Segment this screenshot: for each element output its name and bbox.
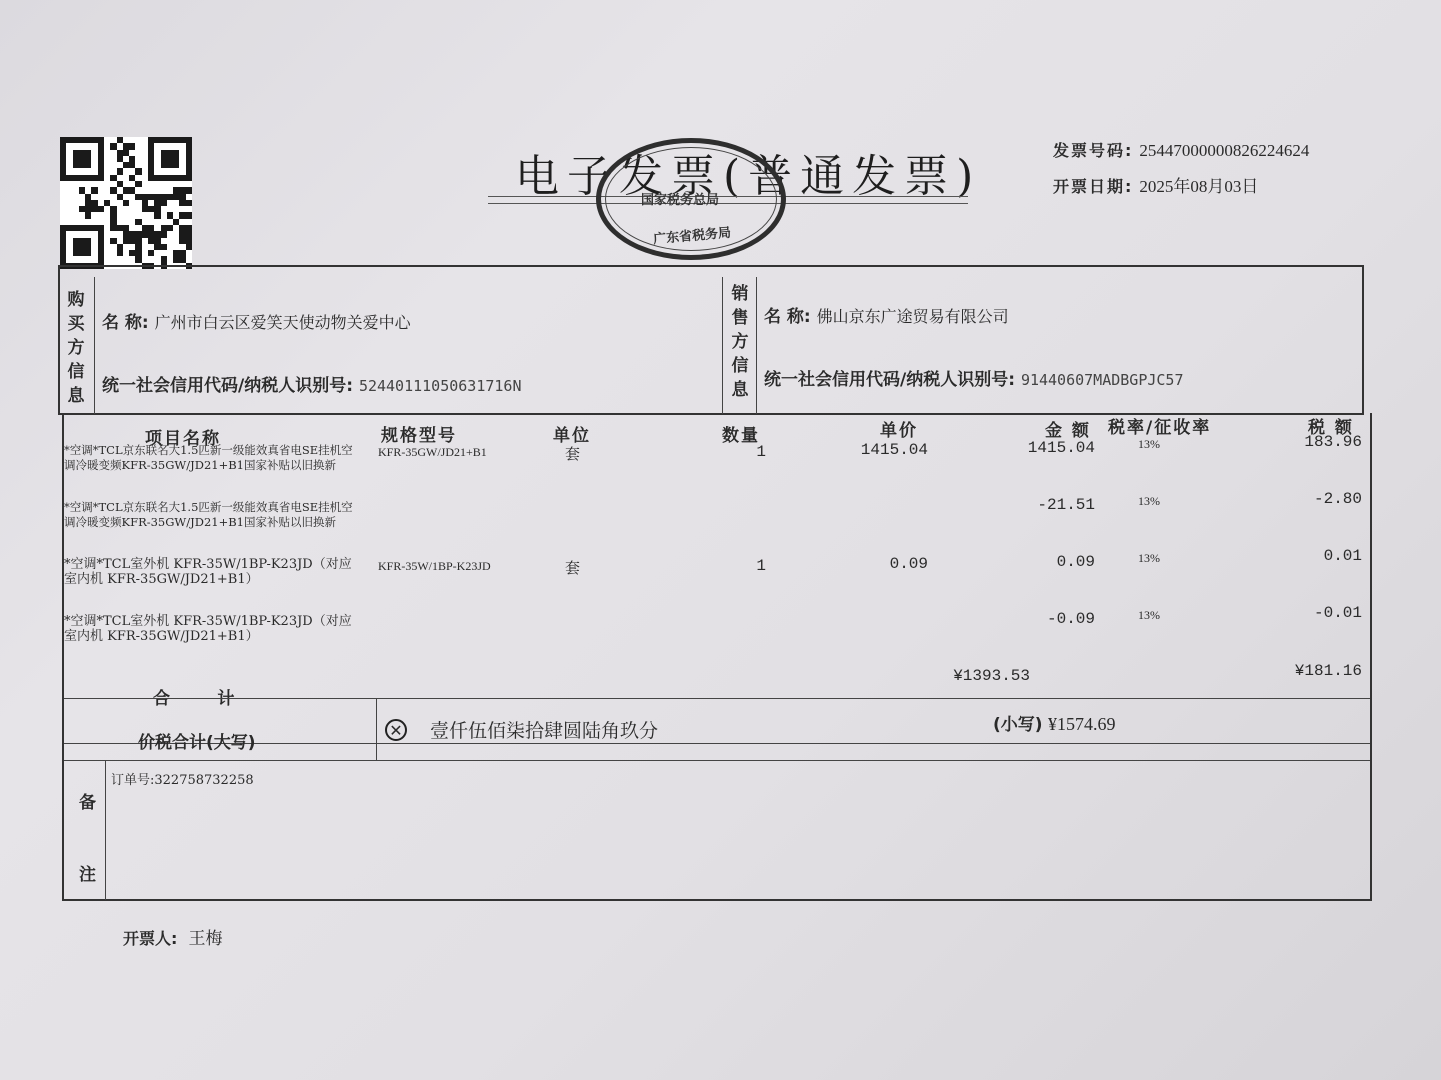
row-tax: 0.01 (1260, 547, 1362, 565)
header-price: 单价 (880, 416, 918, 441)
issuer-label: 开票人: (123, 929, 177, 948)
divider (722, 277, 723, 414)
remarks-label-bottom: 注 (79, 860, 96, 885)
row-item-name: *空调*TCL室外机 KFR-35W/1BP-K23JD（对应室内机 KFR-3… (64, 614, 364, 644)
invoice-date-label: 开票日期: (1053, 177, 1133, 196)
row-qty: 1 (740, 443, 766, 461)
total-tax: ¥181.16 (1230, 662, 1362, 680)
buyer-name-row: 名 称: 广州市白云区爱笑天使动物关爱中心 (102, 308, 411, 333)
invoice-paper: 电子发票(普通发票) 国家税务总局 广东省税务局 发票号码:2544700000… (0, 0, 1441, 1080)
row-amount: -21.51 (985, 496, 1095, 514)
row-item-name: *空调*TCL京东联名大1.5匹新一级能效真省电SE挂机空调冷暖变频KFR-35… (64, 500, 364, 530)
row-tax: 183.96 (1260, 433, 1362, 451)
invoice-number-row: 发票号码:25447000000826224624 (1053, 138, 1309, 161)
grand-total-lowercase: ¥1574.69 (1048, 714, 1116, 734)
header-spec: 规格型号 (381, 421, 457, 446)
row-amount: -0.09 (985, 610, 1095, 628)
divider (64, 698, 1370, 699)
row-item-name: *空调*TCL室外机 KFR-35W/1BP-K23JD（对应室内机 KFR-3… (64, 557, 364, 587)
seller-label-char: 售 (728, 306, 752, 330)
seller-taxid-label: 统一社会信用代码/纳税人识别号: (764, 370, 1015, 390)
row-tax: -0.01 (1260, 604, 1362, 622)
seller-label-char: 信 (728, 354, 752, 378)
circle-x-icon: ✕ (385, 719, 407, 741)
total-label: 合 计 (153, 684, 234, 709)
seller-name: 佛山京东广途贸易有限公司 (817, 307, 1009, 326)
row-tax: -2.80 (1260, 490, 1362, 508)
row-unit: 套 (565, 557, 580, 578)
buyer-label-char: 方 (64, 336, 88, 360)
invoice-date: 2025年08月03日 (1139, 177, 1258, 196)
seller-name-row: 名 称: 佛山京东广途贸易有限公司 (764, 302, 1009, 327)
buyer-taxid-label: 统一社会信用代码/纳税人识别号: (102, 376, 353, 396)
row-spec: KFR-35GW/JD21+B1 (378, 445, 487, 460)
divider (64, 743, 1370, 744)
buyer-label-char: 购 (64, 288, 88, 312)
issuer-name: 王梅 (189, 929, 223, 949)
row-qty: 1 (740, 557, 766, 575)
grand-total-label: 价税合计(大写) (138, 728, 256, 753)
row-tax-rate: 13% (1138, 551, 1160, 566)
buyer-name: 广州市白云区爱笑天使动物关爱中心 (155, 313, 411, 332)
remarks-order-number: 订单号:322758732258 (111, 769, 254, 788)
invoice-number-label: 发票号码: (1053, 141, 1133, 160)
remarks-label-top: 备 (79, 788, 96, 813)
seller-name-label: 名 称: (764, 307, 811, 327)
row-tax-rate: 13% (1138, 437, 1160, 452)
divider (376, 698, 377, 760)
buyer-label-char: 息 (64, 384, 88, 408)
grand-total-lowercase-row: (小写) ¥1574.69 (993, 710, 1115, 735)
row-amount: 0.09 (985, 553, 1095, 571)
buyer-side-label: 购 买 方 信 息 (64, 288, 88, 408)
total-amount: ¥1393.53 (900, 667, 1030, 685)
header-amount: 金 额 (1045, 416, 1091, 441)
divider (64, 760, 1370, 761)
seller-side-label: 销 售 方 信 息 (728, 282, 752, 402)
grand-total-uppercase: 壹仟伍佰柒拾肆圆陆角玖分 (430, 716, 658, 743)
invoice-date-row: 开票日期:2025年08月03日 (1053, 172, 1258, 197)
divider (94, 277, 95, 414)
row-item-name: *空调*TCL京东联名大1.5匹新一级能效真省电SE挂机空调冷暖变频KFR-35… (64, 443, 364, 473)
invoice-number: 25447000000826224624 (1139, 141, 1309, 160)
items-table-frame (62, 413, 1372, 901)
row-unit-price: 1415.04 (820, 441, 928, 459)
buyer-name-label: 名 称: (102, 313, 149, 333)
row-tax-rate: 13% (1138, 608, 1160, 623)
stamp-top-text: 国家税务总局 (641, 189, 719, 208)
header-tax-rate: 税率/征收率 (1108, 413, 1211, 438)
buyer-taxid-row: 统一社会信用代码/纳税人识别号: 52440111050631716N (102, 371, 522, 396)
seller-label-char: 销 (728, 282, 752, 306)
seller-taxid-row: 统一社会信用代码/纳税人识别号: 91440607MADBGPJC57 (764, 365, 1184, 390)
row-spec: KFR-35W/1BP-K23JD (378, 559, 491, 574)
row-unit-price: 0.09 (820, 555, 928, 573)
row-unit: 套 (565, 443, 580, 464)
divider (756, 277, 757, 414)
divider (105, 760, 106, 900)
row-tax-rate: 13% (1138, 494, 1160, 509)
seller-taxid: 91440607MADBGPJC57 (1021, 371, 1184, 389)
issuer-row: 开票人: 王梅 (123, 924, 223, 949)
seller-label-char: 息 (728, 378, 752, 402)
buyer-label-char: 买 (64, 312, 88, 336)
tax-bureau-stamp: 国家税务总局 广东省税务局 (596, 138, 786, 260)
buyer-taxid: 52440111050631716N (359, 377, 522, 395)
grand-total-lowercase-label: (小写) (993, 715, 1043, 735)
buyer-label-char: 信 (64, 360, 88, 384)
qr-code-icon (60, 137, 192, 269)
seller-label-char: 方 (728, 330, 752, 354)
row-amount: 1415.04 (985, 439, 1095, 457)
